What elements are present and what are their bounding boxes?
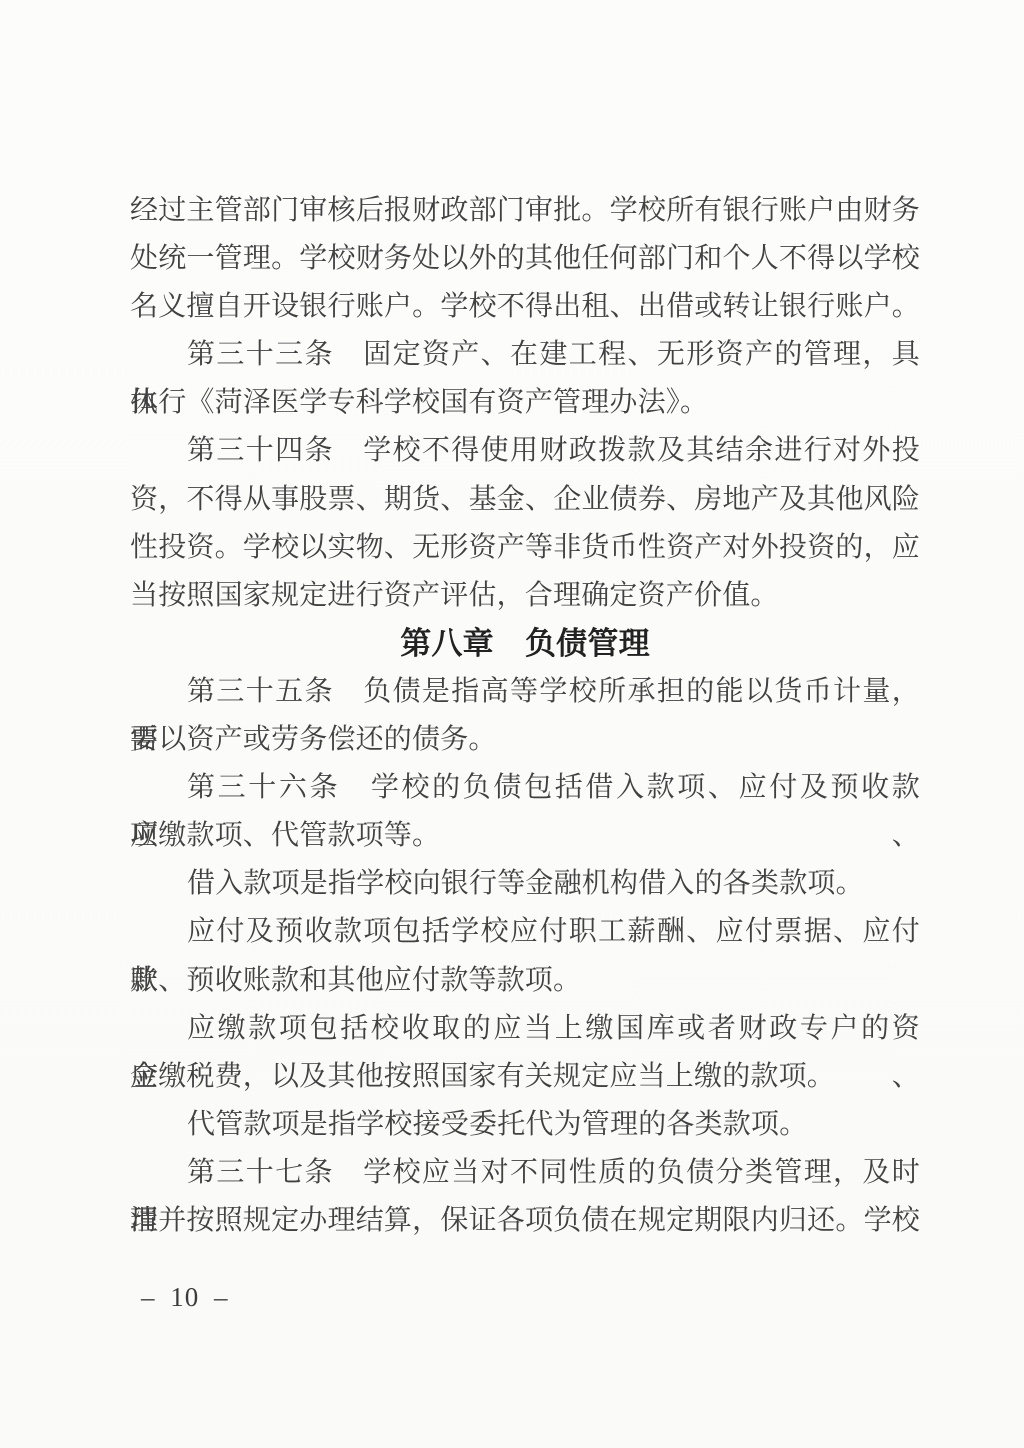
body-line: 应缴税费，以及其他按照国家有关规定应当上缴的款项。 — [130, 1053, 920, 1101]
body-line: 代管款项是指学校接受委托代为管理的各类款项。 — [130, 1101, 920, 1149]
body-line: 执行《菏泽医学专科学校国有资产管理办法》。 — [130, 379, 920, 427]
document-page: 经过主管部门审核后报财政部门审批。学校所有银行账户由财务 处统一管理。学校财务处… — [0, 0, 1024, 1448]
body-line-article-35: 第三十五条 负债是指高等学校所承担的能以货币计量，需 — [130, 668, 920, 716]
body-line: 经过主管部门审核后报财政部门审批。学校所有银行账户由财务 — [130, 187, 920, 235]
body-line: 性投资。学校以实物、无形资产等非货币性资产对外投资的，应 — [130, 524, 920, 572]
body-line: 应付及预收款项包括学校应付职工薪酬、应付票据、应付账 — [130, 908, 920, 956]
body-line: 理并按照规定办理结算，保证各项负债在规定期限内归还。学校 — [130, 1197, 920, 1245]
body-line: 要以资产或劳务偿还的债务。 — [130, 716, 920, 764]
body-line: 资，不得从事股票、期货、基金、企业债券、房地产及其他风险 — [130, 476, 920, 524]
body-line-article-36: 第三十六条 学校的负债包括借入款项、应付及预收款项、 — [130, 764, 920, 812]
page-number: – 10 – — [141, 1282, 229, 1312]
body-line: 名义擅自开设银行账户。学校不得出租、出借或转让银行账户。 — [130, 283, 920, 331]
body-line: 款、预收账款和其他应付款等款项。 — [130, 957, 920, 1005]
page-footer: – 10 – — [141, 1277, 229, 1317]
document-body: 经过主管部门审核后报财政部门审批。学校所有银行账户由财务 处统一管理。学校财务处… — [130, 187, 920, 1245]
body-line-article-33: 第三十三条 固定资产、在建工程、无形资产的管理，具体 — [130, 331, 920, 379]
body-line-article-37: 第三十七条 学校应当对不同性质的负债分类管理，及时清 — [130, 1149, 920, 1197]
body-line: 处统一管理。学校财务处以外的其他任何部门和个人不得以学校 — [130, 235, 920, 283]
body-line: 当按照国家规定进行资产评估，合理确定资产价值。 — [130, 572, 920, 620]
body-line-article-34: 第三十四条 学校不得使用财政拨款及其结余进行对外投 — [130, 427, 920, 475]
chapter-heading: 第八章 负债管理 — [130, 620, 920, 668]
body-line: 应缴款项包括校收取的应当上缴国库或者财政专户的资金、 — [130, 1005, 920, 1053]
body-line: 借入款项是指学校向银行等金融机构借入的各类款项。 — [130, 860, 920, 908]
